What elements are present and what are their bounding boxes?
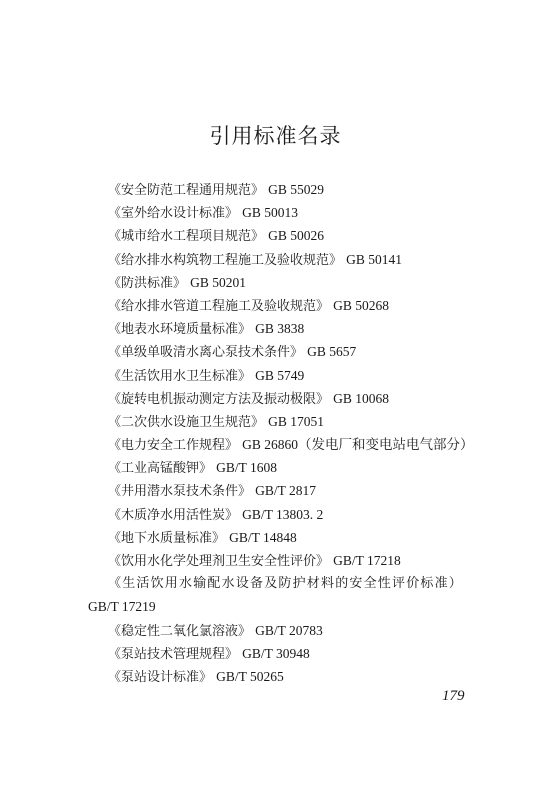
standard-name: 《地表水环境质量标准》 <box>108 322 251 337</box>
standard-name: 《泵站设计标准》 <box>108 670 212 685</box>
page-number: 179 <box>442 688 465 705</box>
standard-name: 《生活饮用水输配水设备及防护材料的安全性评价标准） <box>108 576 463 591</box>
reference-item-continuation: GB/T 17219 <box>88 595 488 618</box>
standard-code: GB/T 14848 <box>229 530 297 545</box>
reference-item: 《防洪标准》 GB 50201 <box>88 271 488 294</box>
standard-code: GB/T 2817 <box>255 483 316 498</box>
standard-code: GB 50026 <box>268 228 324 243</box>
reference-item: 《生活饮用水输配水设备及防护材料的安全性评价标准） <box>88 572 488 595</box>
reference-item: 《井用潜水泵技术条件》 GB/T 2817 <box>88 479 488 502</box>
standard-code: GB 3838 <box>255 321 304 336</box>
reference-item: 《安全防范工程通用规范》 GB 55029 <box>88 178 488 201</box>
reference-item: 《旋转电机振动测定方法及振动极限》 GB 10068 <box>88 387 488 410</box>
standard-name: 《给水排水管道工程施工及验收规范》 <box>108 299 329 314</box>
reference-item: 《单级单吸清水离心泵技术条件》 GB 5657 <box>88 340 488 363</box>
standard-name: 《泵站技术管理规程》 <box>108 647 238 662</box>
standard-code: GB/T 1608 <box>216 460 277 475</box>
reference-item: 《二次供水设施卫生规范》 GB 17051 <box>88 410 488 433</box>
reference-item: 《饮用水化学处理剂卫生安全性评价》 GB/T 17218 <box>88 549 488 572</box>
standard-name: 《防洪标准》 <box>108 276 186 291</box>
standard-code: GB/T 17219 <box>88 599 156 614</box>
reference-item: 《工业高锰酸钾》 GB/T 1608 <box>88 456 488 479</box>
standard-code: GB 50141 <box>346 252 402 267</box>
standard-code: GB 17051 <box>268 414 324 429</box>
standard-name: 《工业高锰酸钾》 <box>108 461 212 476</box>
standard-name: 《稳定性二氧化氯溶液》 <box>108 624 251 639</box>
standard-name: 《木质净水用活性炭》 <box>108 508 238 523</box>
reference-item: 《泵站设计标准》 GB/T 50265 <box>88 665 488 688</box>
standard-name: 《城市给水工程项目规范》 <box>108 229 264 244</box>
standard-name: 《旋转电机振动测定方法及振动极限》 <box>108 392 329 407</box>
standard-name: 《井用潜水泵技术条件》 <box>108 484 251 499</box>
reference-item: 《给水排水管道工程施工及验收规范》 GB 50268 <box>88 294 488 317</box>
standard-name: 《生活饮用水卫生标准》 <box>108 369 251 384</box>
reference-item: 《给水排水构筑物工程施工及验收规范》 GB 50141 <box>88 248 488 271</box>
reference-item: 《生活饮用水卫生标准》 GB 5749 <box>88 364 488 387</box>
standard-code: GB/T 20783 <box>255 623 323 638</box>
standard-name: 《给水排水构筑物工程施工及验收规范》 <box>108 253 342 268</box>
standard-code: GB/T 13803. 2 <box>242 507 323 522</box>
standard-code: GB 50013 <box>242 205 298 220</box>
standard-code: GB 5749 <box>255 368 304 383</box>
reference-item: 《木质净水用活性炭》 GB/T 13803. 2 <box>88 503 488 526</box>
reference-item: 《电力安全工作规程》 GB 26860（发电厂和变电站电气部分） <box>88 433 488 456</box>
standard-code: GB 55029 <box>268 182 324 197</box>
standard-code: GB 50268 <box>333 298 389 313</box>
standard-code: GB 5657 <box>307 344 356 359</box>
standard-code: GB/T 17218 <box>333 553 401 568</box>
standard-code: GB/T 30948 <box>242 646 310 661</box>
reference-item: 《泵站技术管理规程》 GB/T 30948 <box>88 642 488 665</box>
standard-code: GB 50201 <box>190 275 246 290</box>
standard-name: 《单级单吸清水离心泵技术条件》 <box>108 345 303 360</box>
standard-code: GB 26860（发电厂和变电站电气部分） <box>242 437 473 452</box>
page-title: 引用标准名录 <box>0 120 551 150</box>
standard-name: 《室外给水设计标准》 <box>108 206 238 221</box>
standard-name: 《地下水质量标准》 <box>108 531 225 546</box>
standard-name: 《饮用水化学处理剂卫生安全性评价》 <box>108 554 329 569</box>
reference-list: 《安全防范工程通用规范》 GB 55029 《室外给水设计标准》 GB 5001… <box>88 178 488 688</box>
standard-name: 《电力安全工作规程》 <box>108 438 238 453</box>
standard-code: GB/T 50265 <box>216 669 284 684</box>
standard-code: GB 10068 <box>333 391 389 406</box>
reference-item: 《地下水质量标准》 GB/T 14848 <box>88 526 488 549</box>
reference-item: 《室外给水设计标准》 GB 50013 <box>88 201 488 224</box>
reference-item: 《稳定性二氧化氯溶液》 GB/T 20783 <box>88 619 488 642</box>
standard-name: 《安全防范工程通用规范》 <box>108 183 264 198</box>
reference-item: 《城市给水工程项目规范》 GB 50026 <box>88 224 488 247</box>
reference-item: 《地表水环境质量标准》 GB 3838 <box>88 317 488 340</box>
standard-name: 《二次供水设施卫生规范》 <box>108 415 264 430</box>
